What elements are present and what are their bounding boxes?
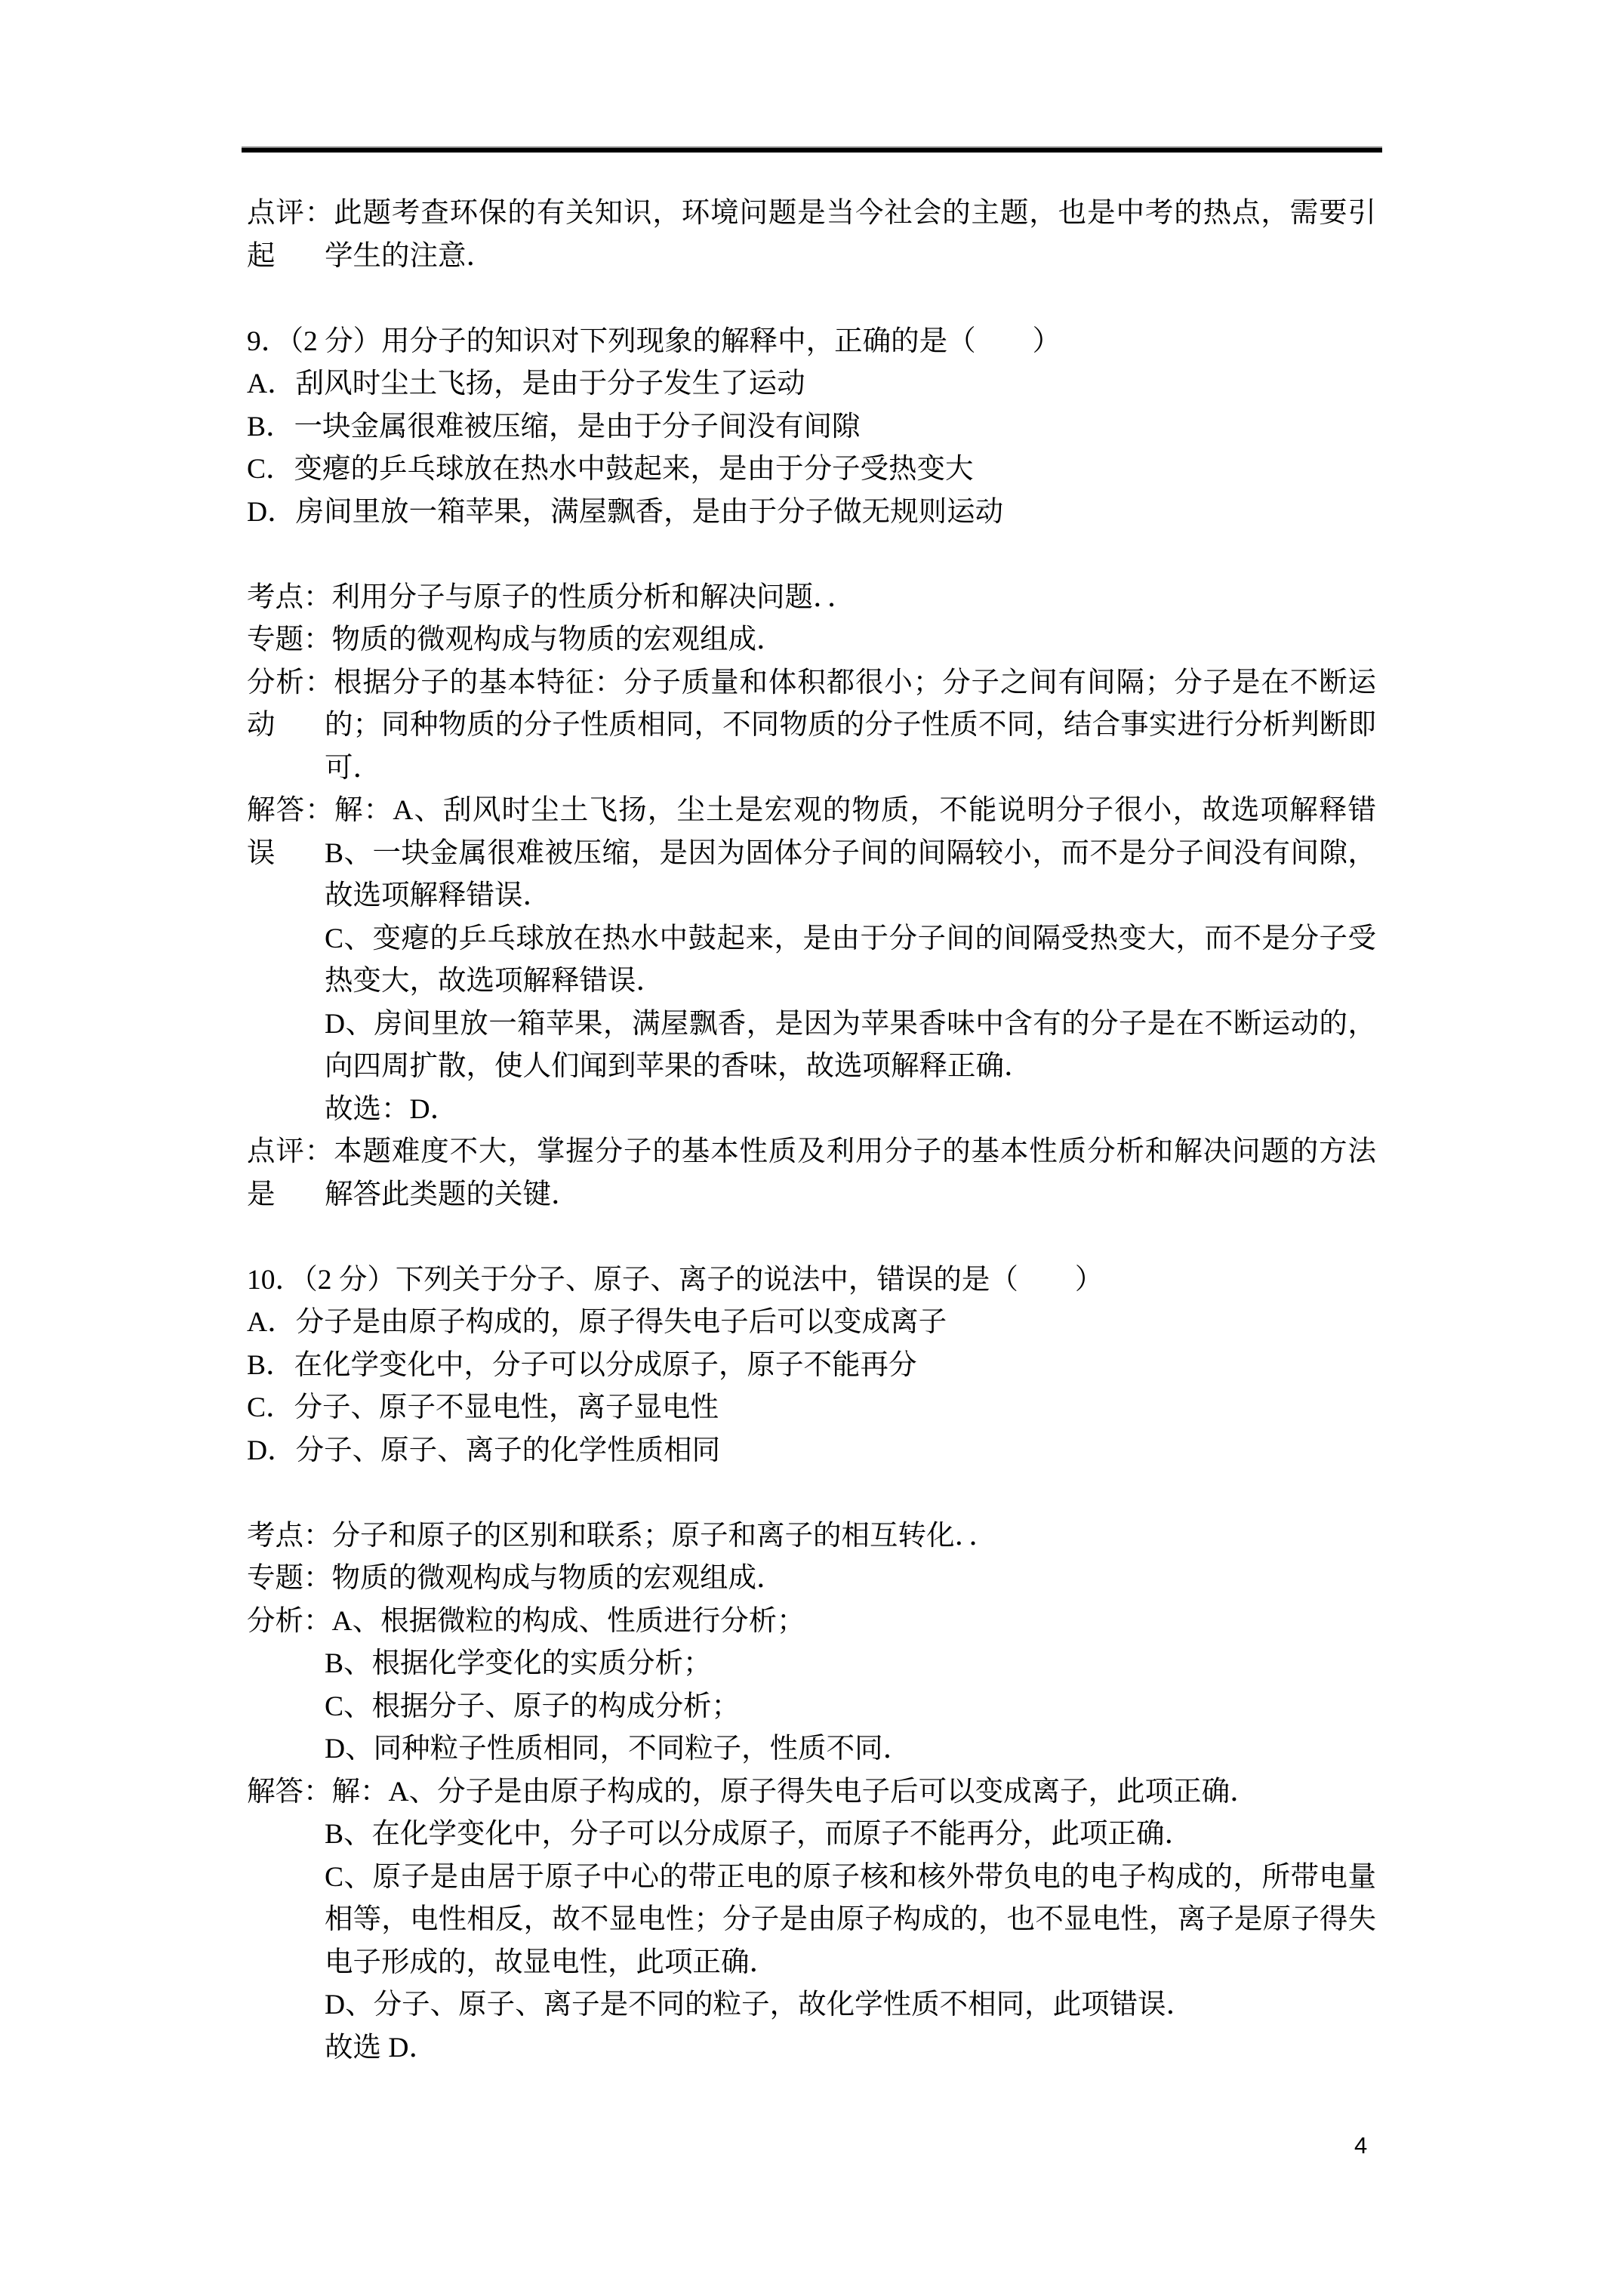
text-line: 10．（2 分）下列关于分子、原子、离子的说法中，错误的是（ ） bbox=[247, 1259, 1376, 1302]
text-line: 故选：D． bbox=[247, 1089, 1376, 1132]
blank-line bbox=[247, 1216, 1376, 1259]
text-line: 学生的注意． bbox=[247, 236, 1376, 279]
text-line: D、同种粒子性质相同，不同粒子，性质不同． bbox=[247, 1728, 1376, 1771]
text-line: C．分子、原子不显电性，离子显电性 bbox=[247, 1387, 1376, 1430]
text-line: 的；同种物质的分子性质相同，不同物质的分子性质不同，结合事实进行分析判断即 bbox=[247, 704, 1376, 747]
text-line: B．在化学变化中，分子可以分成原子，原子不能再分 bbox=[247, 1345, 1376, 1388]
text-line: 专题：物质的微观构成与物质的宏观组成． bbox=[247, 1558, 1376, 1601]
text-line: 故选项解释错误． bbox=[247, 875, 1376, 918]
text-line: B、根据化学变化的实质分析； bbox=[247, 1643, 1376, 1686]
blank-line bbox=[247, 278, 1376, 321]
text-line: B．一块金属很难被压缩，是由于分子间没有间隙 bbox=[247, 406, 1376, 449]
document-body: 点评：此题考查环保的有关知识，环境问题是当今社会的主题，也是中考的热点，需要引起… bbox=[247, 193, 1376, 2069]
text-line: 相等，电性相反，故不显电性；分子是由原子构成的，也不显电性，离子是原子得失 bbox=[247, 1899, 1376, 1942]
text-line: 电子形成的，故显电性，此项正确． bbox=[247, 1942, 1376, 1985]
text-line: B、一块金属很难被压缩，是因为固体分子间的间隔较小，而不是分子间没有间隙， bbox=[247, 833, 1376, 876]
text-line: 热变大，故选项解释错误． bbox=[247, 960, 1376, 1003]
page-number: 4 bbox=[1354, 2131, 1367, 2161]
text-line: 解答：解：A、分子是由原子构成的，原子得失电子后可以变成离子，此项正确． bbox=[247, 1771, 1376, 1814]
text-line: A．刮风时尘土飞扬，是由于分子发生了运动 bbox=[247, 363, 1376, 406]
text-line: 解答：解：A、刮风时尘土飞扬，尘土是宏观的物质，不能说明分子很小，故选项解释错误… bbox=[247, 790, 1376, 833]
text-line: 可． bbox=[247, 747, 1376, 791]
text-line: D．分子、原子、离子的化学性质相同 bbox=[247, 1430, 1376, 1473]
text-line: D．房间里放一箱苹果，满屋飘香，是由于分子做无规则运动 bbox=[247, 492, 1376, 535]
text-line: C．变瘪的乒乓球放在热水中鼓起来，是由于分子受热变大 bbox=[247, 448, 1376, 492]
text-line: 故选 D． bbox=[247, 2027, 1376, 2070]
text-line: 分析：根据分子的基本特征：分子质量和体积都很小；分子之间有间隔；分子是在不断运动 bbox=[247, 662, 1376, 705]
text-line: 向四周扩散，使人们闻到苹果的香味，故选项解释正确． bbox=[247, 1046, 1376, 1089]
text-line: A．分子是由原子构成的，原子得失电子后可以变成离子 bbox=[247, 1302, 1376, 1345]
text-line: C、变瘪的乒乓球放在热水中鼓起来，是由于分子间的间隔受热变大，而不是分子受 bbox=[247, 918, 1376, 961]
text-line: 点评：此题考查环保的有关知识，环境问题是当今社会的主题，也是中考的热点，需要引起 bbox=[247, 193, 1376, 236]
text-line: 分析：A、根据微粒的构成、性质进行分析； bbox=[247, 1601, 1376, 1644]
blank-line bbox=[247, 1472, 1376, 1515]
text-line: 专题：物质的微观构成与物质的宏观组成． bbox=[247, 619, 1376, 662]
header-divider bbox=[242, 146, 1382, 153]
text-line: B、在化学变化中，分子可以分成原子，而原子不能再分，此项正确． bbox=[247, 1814, 1376, 1857]
text-line: C、根据分子、原子的构成分析； bbox=[247, 1686, 1376, 1729]
text-line: 点评：本题难度不大，掌握分子的基本性质及利用分子的基本性质分析和解决问题的方法是 bbox=[247, 1131, 1376, 1174]
text-line: 考点：利用分子与原子的性质分析和解决问题．． bbox=[247, 577, 1376, 620]
text-line: 考点：分子和原子的区别和联系；原子和离子的相互转化．． bbox=[247, 1515, 1376, 1558]
text-line: 9．（2 分）用分子的知识对下列现象的解释中，正确的是（ ） bbox=[247, 321, 1376, 364]
text-line: C、原子是由居于原子中心的带正电的原子核和核外带负电的电子构成的，所带电量 bbox=[247, 1857, 1376, 1900]
text-line: D、分子、原子、离子是不同的粒子，故化学性质不相同，此项错误． bbox=[247, 1984, 1376, 2027]
blank-line bbox=[247, 534, 1376, 577]
document-page: 点评：此题考查环保的有关知识，环境问题是当今社会的主题，也是中考的热点，需要引起… bbox=[0, 0, 1623, 2296]
text-line: 解答此类题的关键． bbox=[247, 1174, 1376, 1217]
text-line: D、房间里放一箱苹果，满屋飘香，是因为苹果香味中含有的分子是在不断运动的， bbox=[247, 1003, 1376, 1046]
